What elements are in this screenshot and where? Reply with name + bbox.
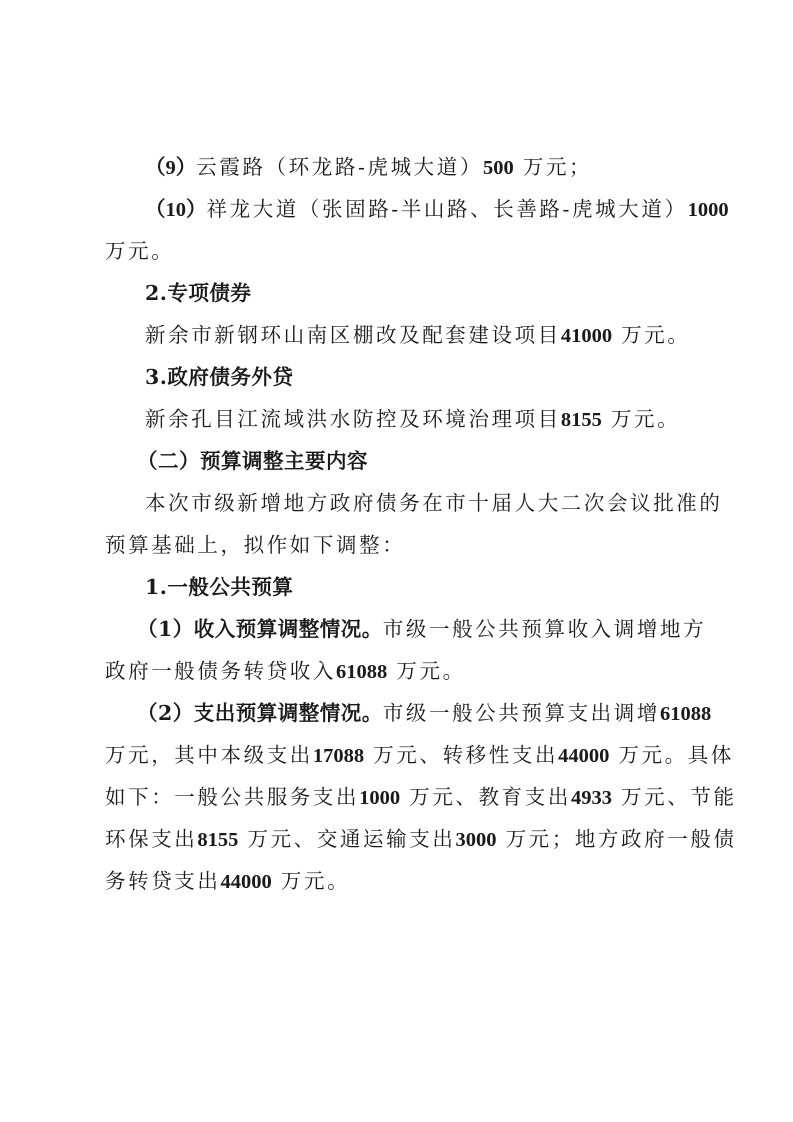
item-9: （9）云霞路（环龙路-虎城大道）500 万元； (145, 154, 592, 181)
heading-section-two: （二）预算调整主要内容 (137, 448, 368, 474)
heading-general-budget: 1.一般公共预算 (145, 574, 293, 600)
expense-line-3: 如下：一般公共服务支出1000 万元、教育支出4933 万元、节能 (105, 784, 737, 811)
special-bond-text: 新余市新钢环山南区棚改及配套建设项目41000 万元。 (145, 322, 691, 349)
expense-line-4: 环保支出8155 万元、交通运输支出3000 万元；地方政府一般债 (105, 826, 737, 853)
section-two-intro-2: 预算基础上，拟作如下调整： (105, 532, 405, 558)
expense-line-1: （2）支出预算调整情况。市级一般公共预算支出调增61088 (137, 700, 711, 727)
section-two-intro-1: 本次市级新增地方政府债务在市十届人大二次会议批准的 (145, 490, 723, 516)
income-line-1: （1）收入预算调整情况。市级一般公共预算收入调增地方 (137, 616, 706, 642)
expense-line-5: 务转贷支出44000 万元。 (105, 868, 350, 895)
heading-special-bond: 2.专项债券 (145, 280, 251, 306)
expense-line-2: 万元，其中本级支出17088 万元、转移性支出44000 万元。具体 (105, 742, 734, 769)
income-line-2: 政府一般债务转贷收入61088 万元。 (105, 658, 466, 685)
item-10: （10）祥龙大道（张固路-半山路、长善路-虎城大道）1000 (145, 196, 729, 223)
item-10-cont: 万元。 (105, 238, 174, 264)
foreign-loan-text: 新余孔目江流域洪水防控及环境治理项目8155 万元。 (145, 406, 680, 433)
heading-foreign-loan: 3.政府债务外贷 (145, 364, 293, 390)
